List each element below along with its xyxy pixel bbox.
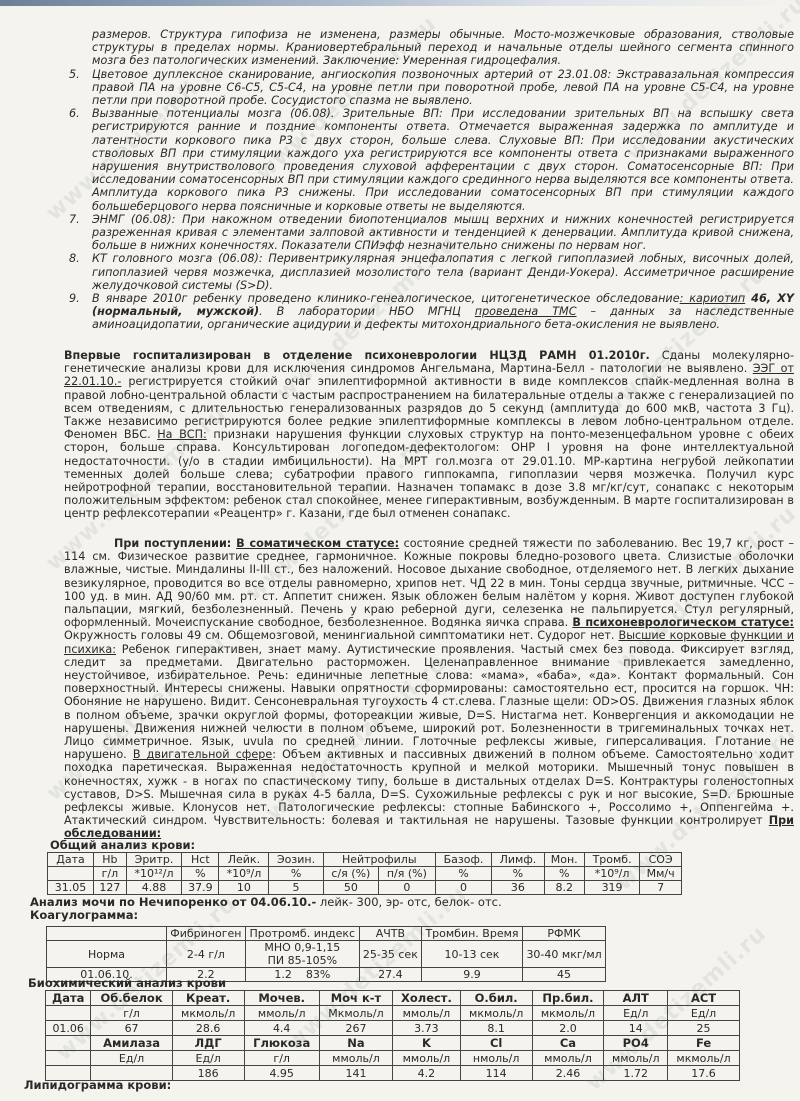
finding-item-9: 9. В январе 2010г ребенку проведено клин…	[69, 292, 794, 332]
finding-item-5: 5. Цветовое дуплексное сканирование, анг…	[69, 68, 794, 108]
table-row: 01.066728.64.42673.738.12.01425	[46, 1021, 740, 1036]
status-section: При поступлении: В соматическом статусе:…	[64, 537, 794, 841]
table-row: Фибриноген Протромб. индекс АЧТВ Тромбин…	[47, 927, 606, 941]
table-row: ДатаОб.белокКреат.Мочев.Моч к-тХолест.О.…	[46, 991, 740, 1006]
finding-item-7: 7. ЭНМГ (06.08): При накожном отведении …	[69, 213, 794, 253]
coagulogram-table: Фибриноген Протромб. индекс АЧТВ Тромбин…	[46, 926, 606, 982]
status-paragraph: При поступлении: В соматическом статусе:…	[64, 537, 794, 841]
blood-test-title: Общий анализ крови:	[50, 838, 195, 852]
finding-item-8: 8. КТ головного мозга (06.08): Перивентр…	[69, 252, 794, 292]
table-row: Дата Hb Эритр. Hct Лейк. Эозин. Нейтрофи…	[48, 853, 682, 867]
hospitalization-paragraph: Впервые госпитализирован в отделение пси…	[64, 349, 794, 521]
hospitalization-section: Впервые госпитализирован в отделение пси…	[64, 349, 794, 521]
table-row: Ед/лЕд/лг/лммоль/лммоль/лнмоль/лммоль/лм…	[46, 1051, 740, 1066]
biochem-title: Биохимический анализ крови	[28, 976, 226, 990]
document-page: www.detizemli.ru www.detizemli.ru www.de…	[0, 6, 800, 1101]
blood-test-table: Дата Hb Эритр. Hct Лейк. Эозин. Нейтрофи…	[47, 852, 682, 895]
table-row: 31.05 127 4.88 37.9 10 5 50 0 0 36 8.2 3…	[48, 881, 682, 895]
table-row: г/лмкмоль/лммоль/лМкмоль/лммоль/лмкмоль/…	[46, 1006, 740, 1021]
coagulogram-title: Коагулограмма:	[30, 908, 138, 922]
mri-tail-paragraph: размеров. Структура гипофиза не изменена…	[92, 28, 794, 68]
numbered-findings: размеров. Структура гипофиза не изменена…	[92, 28, 794, 332]
finding-item-6: 6. Вызванные потенциалы мозга (06.08). З…	[69, 107, 794, 213]
table-row: Норма 2-4 г/л МНО 0,9-1,15ПИ 85-105% 25-…	[47, 941, 606, 968]
table-row: АмилазаЛДГГлюкозаNaKClCaPO4Fe	[46, 1036, 740, 1051]
table-row: г/л *10¹²/л % *10⁹/л % с/я (%) п/я (%) %…	[48, 867, 682, 881]
biochem-table: ДатаОб.белокКреат.Мочев.Моч к-тХолест.О.…	[45, 990, 740, 1081]
lipidogram-title: Липидограмма крови:	[24, 1078, 171, 1092]
urine-test-line: Анализ мочи по Нечипоренко от 04.06.10.-…	[30, 895, 502, 909]
